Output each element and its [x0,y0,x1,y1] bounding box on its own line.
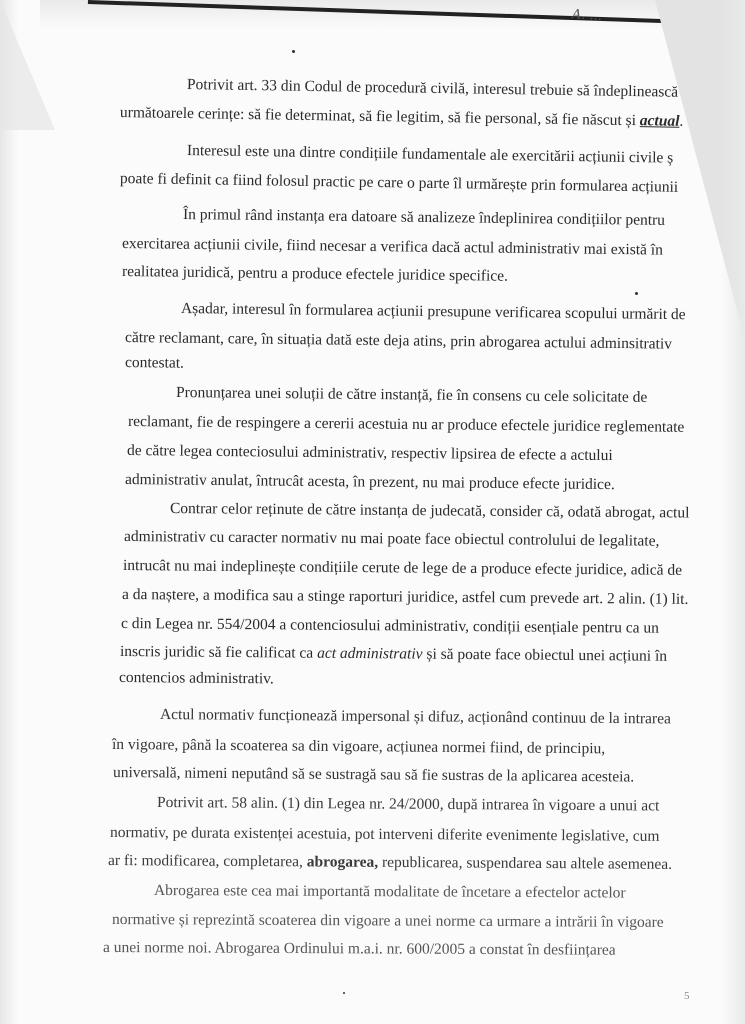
line-end: . [679,113,683,130]
text-line-body: ar fi: modificarea, completarea, [108,852,303,870]
text-line: Potrivit art. 58 alin. (1) din Legea nr.… [157,794,659,816]
emphasized-word: actual [640,112,680,130]
text-line: reclamant, fie de respingere a cererii a… [128,413,685,437]
scan-speck [635,292,638,295]
text-line: normativ, pe durata existenței acestuia,… [110,824,660,846]
text-line: contencios administrativ. [119,669,274,688]
text-line: intrucât nu mai indeplinește condițiile … [123,557,682,580]
text-line: realitatea juridică, pentru a produce ef… [122,263,508,286]
scan-edge-right [721,0,745,1024]
text-line: inscris juridic să fie calificat ca act … [120,643,667,666]
text-line-tail: și să poate face obiectul unei acțiuni î… [426,646,667,665]
text-line: normative și reprezintă scoaterea din vi… [112,911,664,932]
text-line-body: următoarele cerințe: să fie determinat, … [120,104,636,129]
scan-edge-left [0,0,18,1024]
text-line: în vigoare, până la scoaterea sa din vig… [112,736,605,758]
text-line: administrativ cu caracter normativ nu ma… [124,528,660,551]
text-line: ar fi: modificarea, completarea, abrogar… [108,852,672,874]
text-line: Așadar, interesul în formularea acțiunii… [181,300,686,324]
text-line: contestat. [125,354,184,373]
text-line: Pronunțarea unei soluții de către instan… [176,384,647,407]
text-line: a da naștere, a modifica sau a stinge ra… [122,586,689,609]
text-line: de către legea conteciosului administrat… [127,442,613,465]
text-line: Interesul este una dintre condițiile fun… [187,142,674,168]
text-line: Actul normativ funcționează impersonal ș… [160,706,671,728]
text-line: Potrivit art. 33 din Codul de procedură … [187,76,678,102]
text-line: poate fi definit ca fiind folosul practi… [120,170,678,197]
bold-term: abrogarea, [307,853,378,870]
text-line: a unei norme noi. Abrogarea Ordinului m.… [103,939,616,960]
text-line: Abrogarea este cea mai importantă modali… [154,882,626,902]
text-line: următoarele cerințe: să fie determinat, … [120,104,684,131]
text-line: c din Legea nr. 554/2004 a contenciosulu… [121,615,659,638]
text-line: exercitarea acțiunii civile, fiind neces… [122,235,663,260]
scanned-document-page: A. ... Potrivit art. 33 din Codul de pro… [0,0,745,1024]
scan-speck [292,50,295,53]
scan-speck [343,992,345,994]
page-number: 5 [684,990,690,1002]
text-line: administrativ anulat, întrucât acesta, î… [125,471,615,494]
text-line: către reclamant, care, în situația dată … [125,329,672,354]
handwritten-annotation: A. ... [572,7,603,24]
text-line: Contrar celor reținute de către instanța… [170,500,690,523]
text-line: În primul rând instanța era datoare să a… [183,206,665,230]
italic-term: act administrativ [317,645,423,663]
text-line-tail: republicarea, suspendarea sau altele ase… [382,854,672,873]
text-line: universală, nimeni neputând să se sustra… [113,764,634,787]
text-line-body: inscris juridic să fie calificat ca [120,643,313,662]
